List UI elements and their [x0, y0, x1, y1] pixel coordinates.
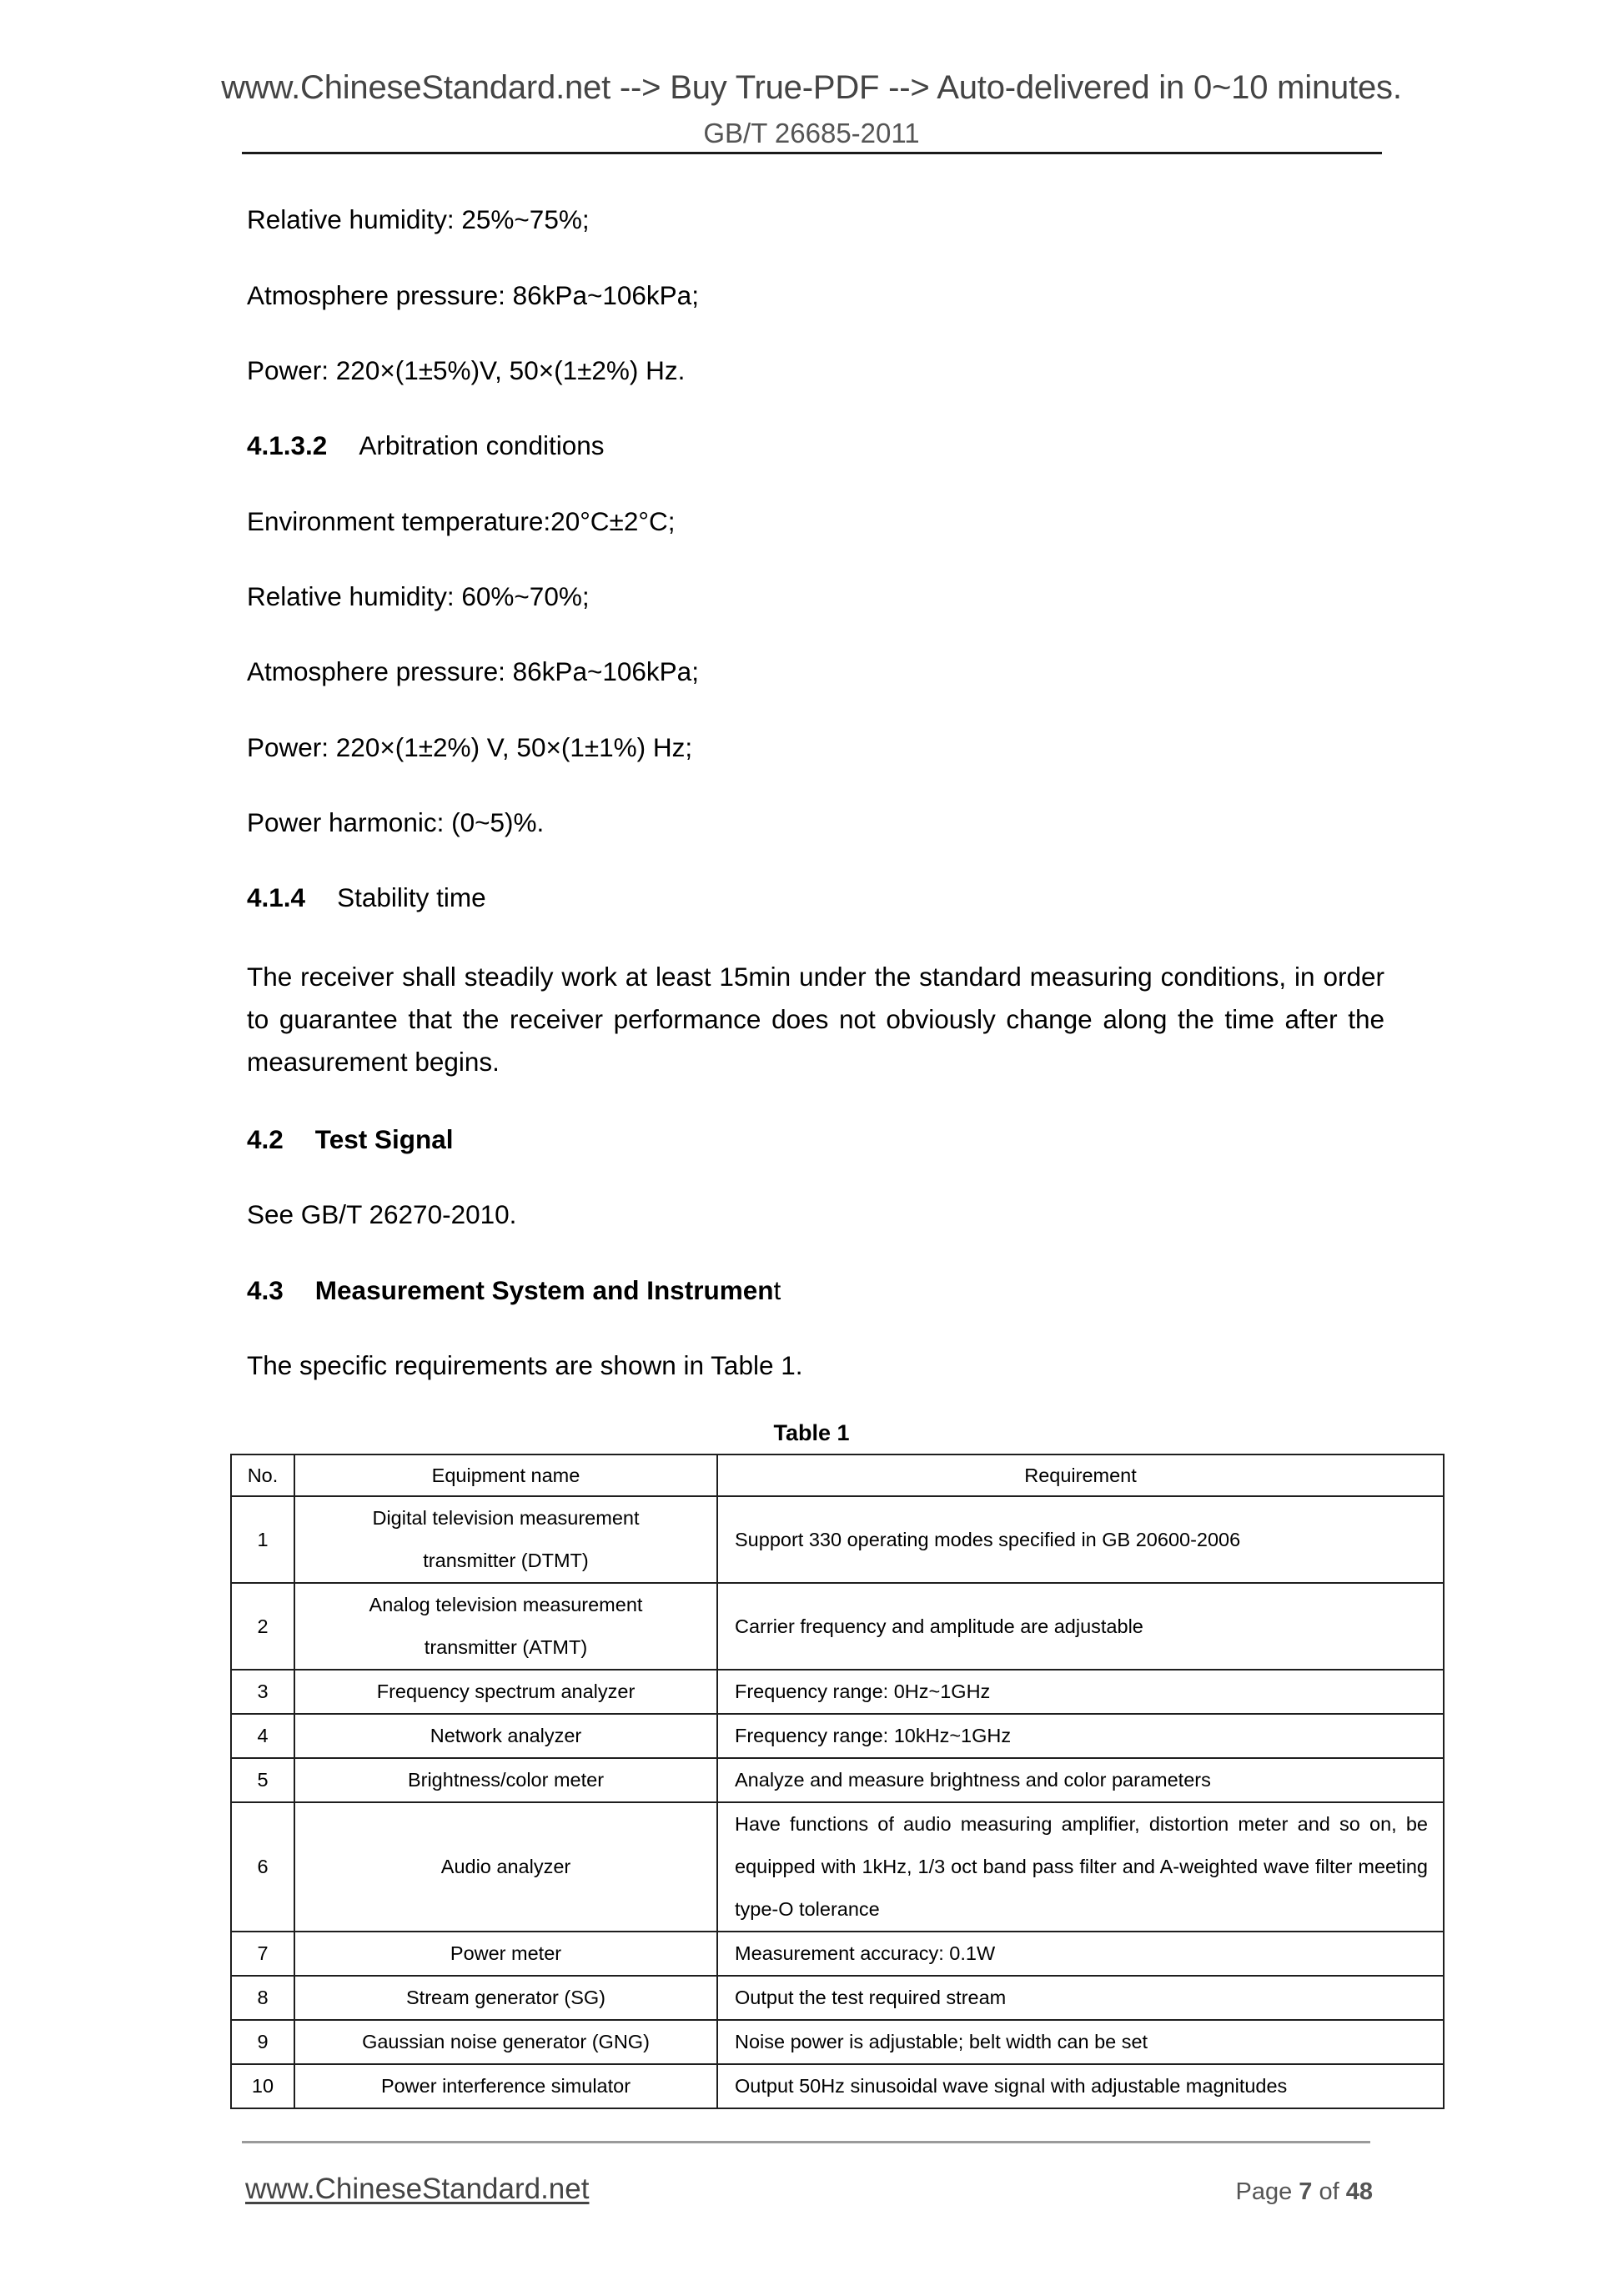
table-row: 5 Brightness/color meter Analyze and mea…	[231, 1758, 1444, 1802]
cell-no: 6	[231, 1802, 294, 1932]
cell-no: 3	[231, 1670, 294, 1714]
cell-equipment: Power meter	[294, 1932, 717, 1976]
text-line: See GB/T 26270-2010.	[247, 1199, 516, 1229]
text-line: Relative humidity: 60%~70%;	[247, 581, 590, 611]
cell-requirement: Output the test required stream	[717, 1976, 1444, 2020]
section-heading-4-3: 4.3Measurement System and Instrument	[247, 1275, 781, 1305]
cell-equipment: Brightness/color meter	[294, 1758, 717, 1802]
section-number: 4.3	[247, 1275, 284, 1305]
cell-requirement: Analyze and measure brightness and color…	[717, 1758, 1444, 1802]
cell-equipment: Frequency spectrum analyzer	[294, 1670, 717, 1714]
section-title: Measurement System and Instrumen	[315, 1275, 774, 1305]
cell-no: 7	[231, 1932, 294, 1976]
cell-no: 4	[231, 1714, 294, 1758]
text-line: Relative humidity: 25%~75%;	[247, 204, 590, 234]
section-number: 4.2	[247, 1124, 284, 1154]
table-row: 10 Power interference simulator Output 5…	[231, 2064, 1444, 2108]
cell-no: 2	[231, 1583, 294, 1670]
cell-no: 5	[231, 1758, 294, 1802]
clause-title: Arbitration conditions	[359, 430, 604, 460]
cell-requirement: Noise power is adjustable; belt width ca…	[717, 2020, 1444, 2064]
table-row: 6 Audio analyzer Have functions of audio…	[231, 1802, 1444, 1932]
cell-equipment: Gaussian noise generator (GNG)	[294, 2020, 717, 2064]
page-current: 7	[1299, 2178, 1312, 2205]
cell-requirement: Frequency range: 0Hz~1GHz	[717, 1670, 1444, 1714]
cell-requirement: Have functions of audio measuring amplif…	[717, 1802, 1444, 1932]
text-line: Power harmonic: (0~5)%.	[247, 807, 544, 837]
header-banner: www.ChineseStandard.net --> Buy True-PDF…	[0, 68, 1623, 107]
table-caption: Table 1	[0, 1419, 1623, 1446]
clause-heading: 4.1.4Stability time	[247, 882, 486, 912]
cell-equipment: Audio analyzer	[294, 1802, 717, 1932]
text-line: Atmosphere pressure: 86kPa~106kPa;	[247, 280, 699, 310]
table-row: 8 Stream generator (SG) Output the test …	[231, 1976, 1444, 2020]
text-line: The specific requirements are shown in T…	[247, 1350, 803, 1380]
table-row: 2 Analog television measurement transmit…	[231, 1583, 1444, 1670]
cell-equipment: Analog television measurement transmitte…	[294, 1583, 717, 1670]
text-line: Power: 220×(1±2%) V, 50×(1±1%) Hz;	[247, 732, 692, 762]
page-indicator: Page 7 of 48	[1235, 2178, 1373, 2205]
table-row: 3 Frequency spectrum analyzer Frequency …	[231, 1670, 1444, 1714]
text-line: Power: 220×(1±5%)V, 50×(1±2%) Hz.	[247, 355, 685, 385]
clause-number: 4.1.3.2	[247, 430, 327, 460]
column-header-no: No.	[231, 1454, 294, 1496]
cell-no: 1	[231, 1496, 294, 1583]
cell-requirement: Support 330 operating modes specified in…	[717, 1496, 1444, 1583]
clause-heading: 4.1.3.2Arbitration conditions	[247, 430, 605, 460]
section-title: Test Signal	[315, 1124, 454, 1154]
cell-equipment: Digital television measurement transmitt…	[294, 1496, 717, 1583]
requirements-table: No. Equipment name Requirement 1 Digital…	[230, 1454, 1445, 2109]
cell-requirement: Frequency range: 10kHz~1GHz	[717, 1714, 1444, 1758]
clause-title: Stability time	[337, 882, 486, 912]
table-header-row: No. Equipment name Requirement	[231, 1454, 1444, 1496]
section-title-tail: t	[773, 1275, 781, 1305]
footer-divider	[242, 2141, 1370, 2143]
clause-number: 4.1.4	[247, 882, 305, 912]
text-line: Environment temperature:20°C±2°C;	[247, 506, 675, 536]
cell-requirement: Carrier frequency and amplitude are adju…	[717, 1583, 1444, 1670]
table-row: 4 Network analyzer Frequency range: 10kH…	[231, 1714, 1444, 1758]
page-total: 48	[1346, 2178, 1373, 2205]
cell-equipment: Power interference simulator	[294, 2064, 717, 2108]
text-line: Atmosphere pressure: 86kPa~106kPa;	[247, 656, 699, 686]
table-row: 1 Digital television measurement transmi…	[231, 1496, 1444, 1583]
column-header-requirement: Requirement	[717, 1454, 1444, 1496]
cell-equipment: Stream generator (SG)	[294, 1976, 717, 2020]
section-heading-4-2: 4.2Test Signal	[247, 1124, 454, 1154]
cell-requirement: Output 50Hz sinusoidal wave signal with …	[717, 2064, 1444, 2108]
page-prefix: Page	[1235, 2178, 1292, 2205]
header-divider	[242, 152, 1382, 154]
footer-website-link[interactable]: www.ChineseStandard.net	[245, 2173, 589, 2205]
cell-no: 9	[231, 2020, 294, 2064]
table-row: 9 Gaussian noise generator (GNG) Noise p…	[231, 2020, 1444, 2064]
standard-code: GB/T 26685-2011	[0, 118, 1623, 148]
cell-equipment: Network analyzer	[294, 1714, 717, 1758]
stability-paragraph: The receiver shall steadily work at leas…	[247, 956, 1384, 1083]
cell-requirement: Measurement accuracy: 0.1W	[717, 1932, 1444, 1976]
page-of: of	[1319, 2178, 1339, 2205]
cell-no: 8	[231, 1976, 294, 2020]
column-header-equipment: Equipment name	[294, 1454, 717, 1496]
table-row: 7 Power meter Measurement accuracy: 0.1W	[231, 1932, 1444, 1976]
cell-no: 10	[231, 2064, 294, 2108]
